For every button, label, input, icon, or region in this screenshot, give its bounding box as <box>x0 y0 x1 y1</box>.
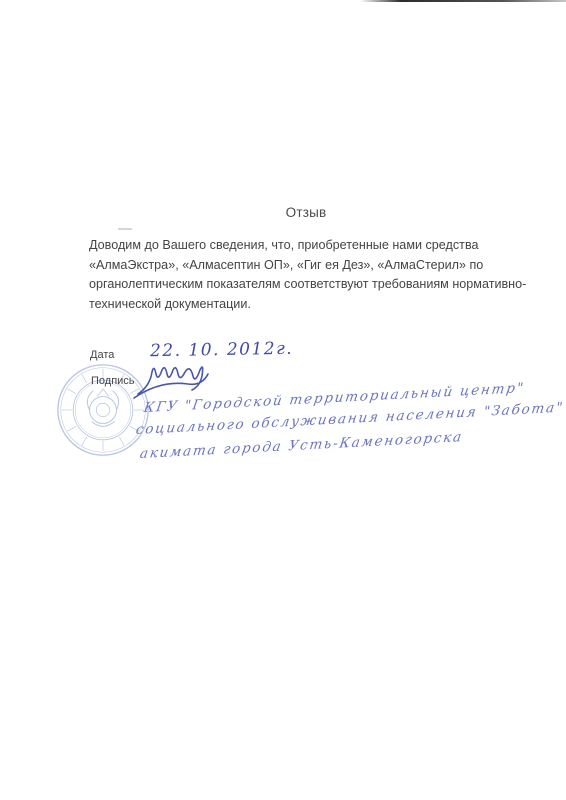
document-title: Отзыв <box>0 205 566 220</box>
date-label: Дата <box>90 349 114 361</box>
body-line: органолептическим показателям соответств… <box>89 275 519 295</box>
handwritten-date: 22. 10. 2012г. <box>150 339 293 361</box>
body-line: технической документации. <box>89 295 519 315</box>
body-line: Доводим до Вашего сведения, что, приобре… <box>89 236 519 256</box>
scanned-document-page: Отзыв Доводим до Вашего сведения, что, п… <box>0 0 566 800</box>
document-body: Доводим до Вашего сведения, что, приобре… <box>89 236 519 314</box>
scan-artifact <box>118 228 132 230</box>
signature-label: Подпись <box>91 375 135 387</box>
handwritten-signature-icon <box>130 360 220 400</box>
body-line: «АлмаЭкстра», «Алмасептин ОП», «Гиг ея Д… <box>89 256 519 276</box>
scan-edge-shadow <box>360 0 566 2</box>
